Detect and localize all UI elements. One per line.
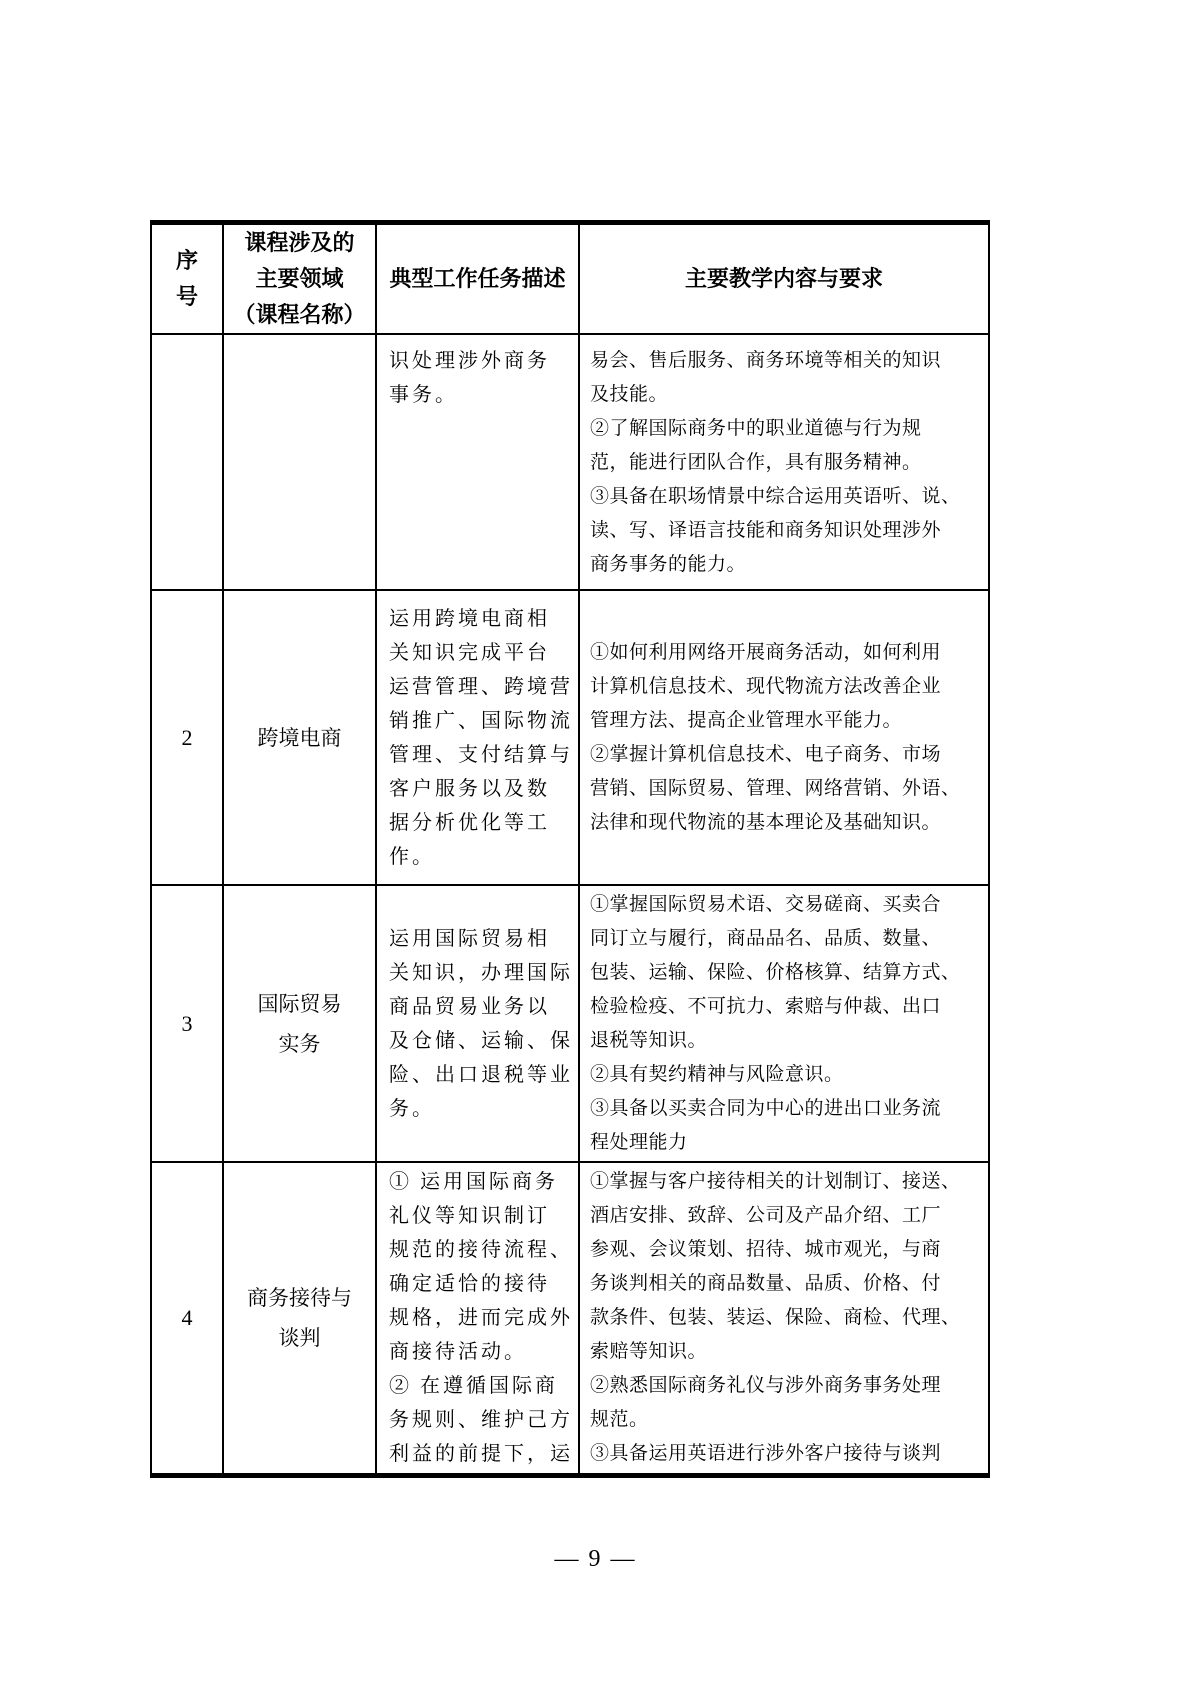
cell-task: 识处理涉外商务 事务。 — [376, 334, 579, 590]
header-serial-number: 序 号 — [151, 223, 223, 335]
header-course-domain: 课程涉及的 主要领域 （课程名称） — [223, 223, 376, 335]
table-row: 4 商务接待与 谈判 ① 运用国际商务 礼仪等知识制订 规范的接待流程、 确定适… — [151, 1162, 989, 1475]
cell-serial: 3 — [151, 885, 223, 1162]
cell-content: 易会、售后服务、商务环境等相关的知识 及技能。 ②了解国际商务中的职业道德与行为… — [579, 334, 989, 590]
cell-serial — [151, 334, 223, 590]
course-table: 序 号 课程涉及的 主要领域 （课程名称） 典型工作任务描述 主要教学内容与要求… — [150, 220, 990, 1478]
cell-content: ①如何利用网络开展商务活动，如何利用 计算机信息技术、现代物流方法改善企业 管理… — [579, 590, 989, 885]
cell-task: 运用跨境电商相 关知识完成平台 运营管理、跨境营 销推广、国际物流 管理、支付结… — [376, 590, 579, 885]
cell-task: ① 运用国际商务 礼仪等知识制订 规范的接待流程、 确定适恰的接待 规格，进而完… — [376, 1162, 579, 1475]
cell-course: 商务接待与 谈判 — [223, 1162, 376, 1475]
table-row: 3 国际贸易 实务 运用国际贸易相 关知识，办理国际 商品贸易业务以 及仓储、运… — [151, 885, 989, 1162]
cell-serial: 2 — [151, 590, 223, 885]
cell-course: 国际贸易 实务 — [223, 885, 376, 1162]
cell-content: ①掌握国际贸易术语、交易磋商、买卖合 同订立与履行，商品品名、品质、数量、 包装… — [579, 885, 989, 1162]
table-header-row: 序 号 课程涉及的 主要领域 （课程名称） 典型工作任务描述 主要教学内容与要求 — [151, 223, 989, 335]
header-teaching-content: 主要教学内容与要求 — [579, 223, 989, 335]
cell-course — [223, 334, 376, 590]
page-number: — 9 — — [0, 1546, 1191, 1573]
cell-content: ①掌握与客户接待相关的计划制订、接送、 酒店安排、致辞、公司及产品介绍、工厂 参… — [579, 1162, 989, 1475]
header-typical-task: 典型工作任务描述 — [376, 223, 579, 335]
cell-course: 跨境电商 — [223, 590, 376, 885]
table-row: 2 跨境电商 运用跨境电商相 关知识完成平台 运营管理、跨境营 销推广、国际物流… — [151, 590, 989, 885]
cell-serial: 4 — [151, 1162, 223, 1475]
table-row: 识处理涉外商务 事务。 易会、售后服务、商务环境等相关的知识 及技能。 ②了解国… — [151, 334, 989, 590]
cell-task: 运用国际贸易相 关知识，办理国际 商品贸易业务以 及仓储、运输、保 险、出口退税… — [376, 885, 579, 1162]
document-page: { "page": { "number_label": "— 9 —" }, "… — [0, 0, 1191, 1684]
